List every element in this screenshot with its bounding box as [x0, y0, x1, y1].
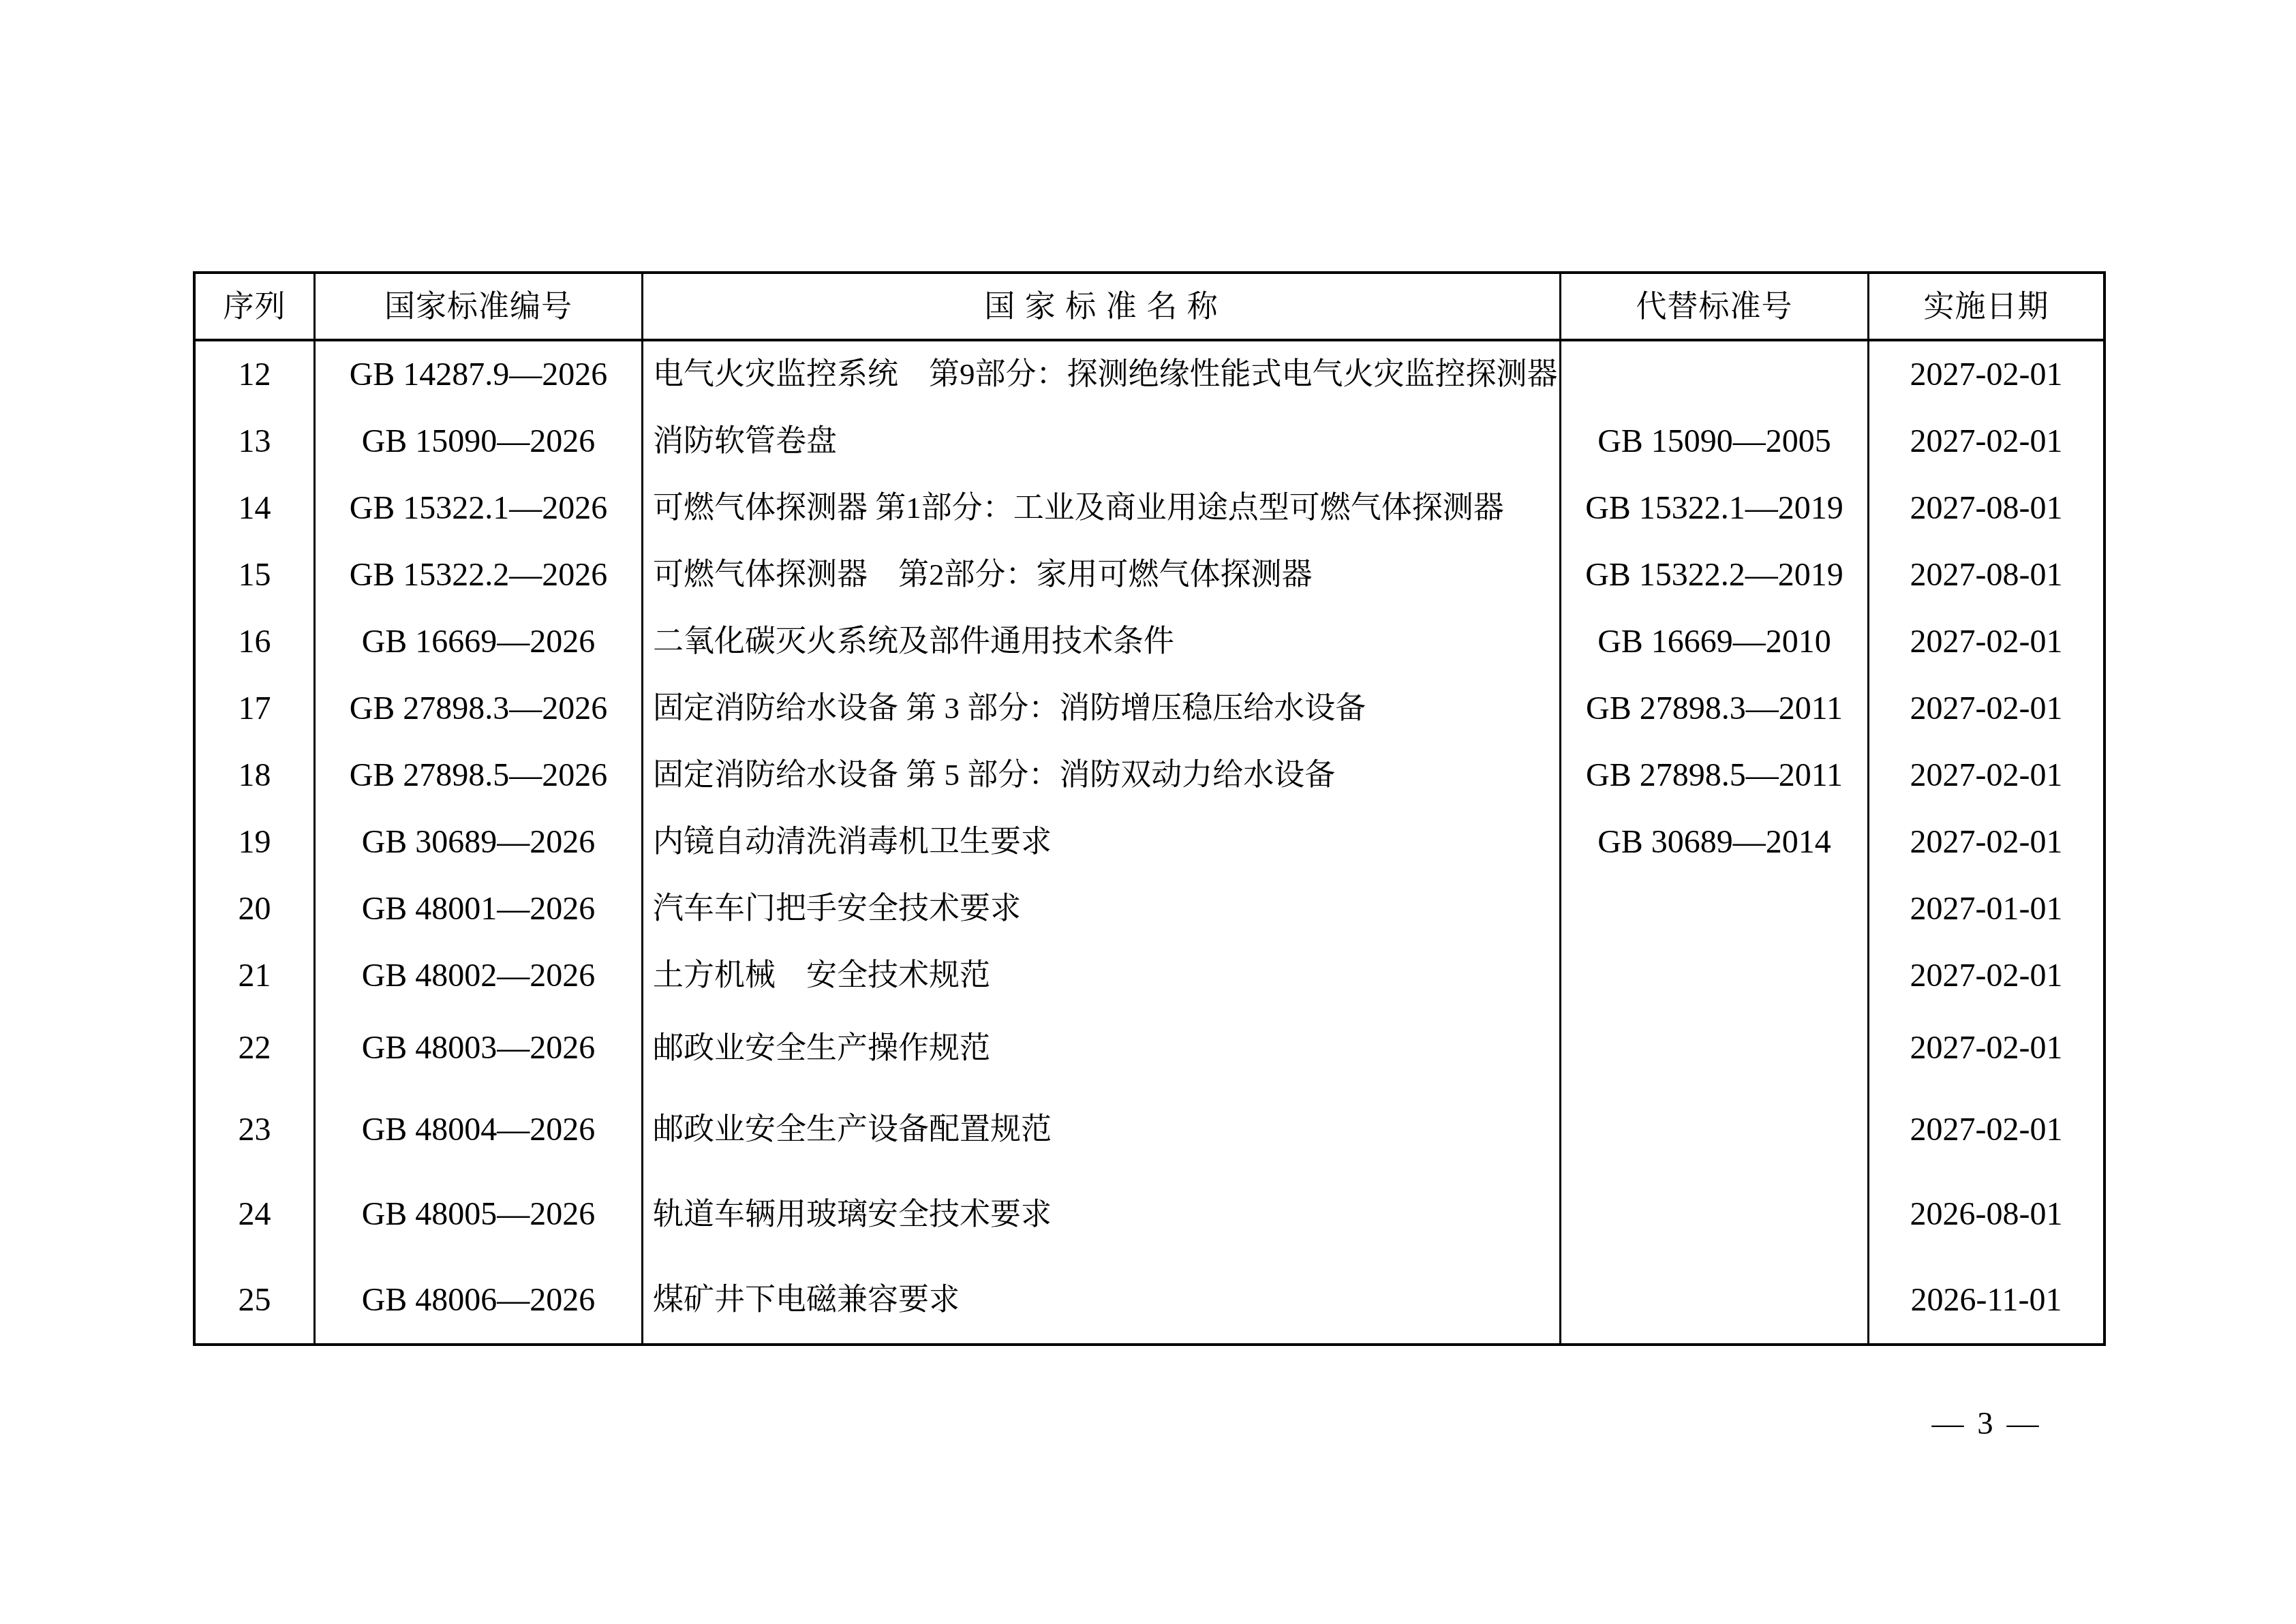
table-row: 25 GB 48006—2026 煤矿井下电磁兼容要求 2026-11-01 [196, 1257, 2103, 1343]
row-replaced-standard: GB 27898.3—2011 [1561, 675, 1869, 742]
row-standard-name: 邮政业安全生产设备配置规范 [643, 1088, 1561, 1172]
row-sequence: 23 [196, 1088, 316, 1172]
row-sequence: 18 [196, 742, 316, 809]
row-standard-number: GB 48004—2026 [316, 1088, 643, 1172]
row-replaced-standard: GB 27898.5—2011 [1561, 742, 1869, 809]
table-row: 24 GB 48005—2026 轨道车辆用玻璃安全技术要求 2026-08-0… [196, 1172, 2103, 1257]
header-implementation-date: 实施日期 [1869, 274, 2103, 339]
table-row: 16 GB 16669—2026 二氧化碳灭火系统及部件通用技术条件 GB 16… [196, 609, 2103, 675]
row-standard-number: GB 15090—2026 [316, 408, 643, 475]
header-standard-number: 国家标准编号 [316, 274, 643, 339]
row-replaced-standard [1561, 1257, 1869, 1343]
row-standard-name: 可燃气体探测器 第1部分：工业及商业用途点型可燃气体探测器 [643, 475, 1561, 542]
row-standard-number: GB 48001—2026 [316, 876, 643, 943]
row-implementation-date: 2027-01-01 [1869, 876, 2103, 943]
row-sequence: 17 [196, 675, 316, 742]
row-standard-number: GB 48005—2026 [316, 1172, 643, 1257]
row-sequence: 12 [196, 341, 316, 408]
table-row: 14 GB 15322.1—2026 可燃气体探测器 第1部分：工业及商业用途点… [196, 475, 2103, 542]
row-implementation-date: 2027-02-01 [1869, 1088, 2103, 1172]
row-standard-name: 可燃气体探测器 第2部分：家用可燃气体探测器 [643, 542, 1561, 609]
row-implementation-date: 2026-11-01 [1869, 1257, 2103, 1343]
table-row: 23 GB 48004—2026 邮政业安全生产设备配置规范 2027-02-0… [196, 1088, 2103, 1172]
row-sequence: 15 [196, 542, 316, 609]
row-replaced-standard: GB 15322.2—2019 [1561, 542, 1869, 609]
row-replaced-standard: GB 30689—2014 [1561, 809, 1869, 876]
row-implementation-date: 2027-02-01 [1869, 609, 2103, 675]
row-standard-number: GB 30689—2026 [316, 809, 643, 876]
table-row: 12 GB 14287.9—2026 电气火灾监控系统 第9部分：探测绝缘性能式… [196, 341, 2103, 408]
row-standard-number: GB 14287.9—2026 [316, 341, 643, 408]
row-sequence: 24 [196, 1172, 316, 1257]
row-replaced-standard: GB 15090—2005 [1561, 408, 1869, 475]
row-standard-number: GB 48002—2026 [316, 943, 643, 1009]
row-standard-name: 内镜自动清洗消毒机卫生要求 [643, 809, 1561, 876]
table-row: 18 GB 27898.5—2026 固定消防给水设备 第 5 部分：消防双动力… [196, 742, 2103, 809]
table-body: 12 GB 14287.9—2026 电气火灾监控系统 第9部分：探测绝缘性能式… [196, 341, 2103, 1343]
row-implementation-date: 2027-02-01 [1869, 408, 2103, 475]
page-number: — 3 — [1901, 1405, 2072, 1442]
table-row: 13 GB 15090—2026 消防软管卷盘 GB 15090—2005 20… [196, 408, 2103, 475]
row-implementation-date: 2027-08-01 [1869, 542, 2103, 609]
document-page: 序列 国家标准编号 国 家 标 准 名 称 代替标准号 实施日期 12 GB 1… [0, 0, 2296, 1624]
row-standard-number: GB 16669—2026 [316, 609, 643, 675]
header-standard-name: 国 家 标 准 名 称 [643, 274, 1561, 339]
row-implementation-date: 2026-08-01 [1869, 1172, 2103, 1257]
row-standard-name: 电气火灾监控系统 第9部分：探测绝缘性能式电气火灾监控探测器 [643, 341, 1561, 408]
row-standard-number: GB 15322.1—2026 [316, 475, 643, 542]
row-sequence: 22 [196, 1009, 316, 1088]
table-row: 21 GB 48002—2026 土方机械 安全技术规范 2027-02-01 [196, 943, 2103, 1009]
row-standard-name: 轨道车辆用玻璃安全技术要求 [643, 1172, 1561, 1257]
row-implementation-date: 2027-02-01 [1869, 341, 2103, 408]
row-replaced-standard [1561, 341, 1869, 408]
row-sequence: 13 [196, 408, 316, 475]
row-standard-name: 消防软管卷盘 [643, 408, 1561, 475]
row-implementation-date: 2027-02-01 [1869, 675, 2103, 742]
row-standard-name: 煤矿井下电磁兼容要求 [643, 1257, 1561, 1343]
header-sequence: 序列 [196, 274, 316, 339]
table-row: 22 GB 48003—2026 邮政业安全生产操作规范 2027-02-01 [196, 1009, 2103, 1088]
standards-table: 序列 国家标准编号 国 家 标 准 名 称 代替标准号 实施日期 12 GB 1… [193, 271, 2106, 1346]
row-sequence: 14 [196, 475, 316, 542]
table-header-row: 序列 国家标准编号 国 家 标 准 名 称 代替标准号 实施日期 [196, 274, 2103, 341]
row-standard-name: 固定消防给水设备 第 5 部分：消防双动力给水设备 [643, 742, 1561, 809]
row-replaced-standard: GB 15322.1—2019 [1561, 475, 1869, 542]
row-standard-name: 邮政业安全生产操作规范 [643, 1009, 1561, 1088]
table-row: 17 GB 27898.3—2026 固定消防给水设备 第 3 部分：消防增压稳… [196, 675, 2103, 742]
row-replaced-standard [1561, 1172, 1869, 1257]
row-implementation-date: 2027-02-01 [1869, 943, 2103, 1009]
table-row: 19 GB 30689—2026 内镜自动清洗消毒机卫生要求 GB 30689—… [196, 809, 2103, 876]
row-standard-name: 土方机械 安全技术规范 [643, 943, 1561, 1009]
row-standard-number: GB 48003—2026 [316, 1009, 643, 1088]
row-standard-name: 汽车车门把手安全技术要求 [643, 876, 1561, 943]
row-implementation-date: 2027-02-01 [1869, 809, 2103, 876]
row-sequence: 19 [196, 809, 316, 876]
row-replaced-standard [1561, 876, 1869, 943]
row-replaced-standard: GB 16669—2010 [1561, 609, 1869, 675]
table-row: 20 GB 48001—2026 汽车车门把手安全技术要求 2027-01-01 [196, 876, 2103, 943]
row-sequence: 25 [196, 1257, 316, 1343]
row-replaced-standard [1561, 943, 1869, 1009]
row-sequence: 16 [196, 609, 316, 675]
row-standard-name: 二氧化碳灭火系统及部件通用技术条件 [643, 609, 1561, 675]
table-row: 15 GB 15322.2—2026 可燃气体探测器 第2部分：家用可燃气体探测… [196, 542, 2103, 609]
row-standard-name: 固定消防给水设备 第 3 部分：消防增压稳压给水设备 [643, 675, 1561, 742]
header-replaced-standard: 代替标准号 [1561, 274, 1869, 339]
row-replaced-standard [1561, 1009, 1869, 1088]
row-standard-number: GB 15322.2—2026 [316, 542, 643, 609]
row-implementation-date: 2027-02-01 [1869, 742, 2103, 809]
row-standard-number: GB 27898.5—2026 [316, 742, 643, 809]
row-sequence: 20 [196, 876, 316, 943]
row-standard-number: GB 48006—2026 [316, 1257, 643, 1343]
row-replaced-standard [1561, 1088, 1869, 1172]
row-implementation-date: 2027-08-01 [1869, 475, 2103, 542]
row-sequence: 21 [196, 943, 316, 1009]
row-standard-number: GB 27898.3—2026 [316, 675, 643, 742]
row-implementation-date: 2027-02-01 [1869, 1009, 2103, 1088]
